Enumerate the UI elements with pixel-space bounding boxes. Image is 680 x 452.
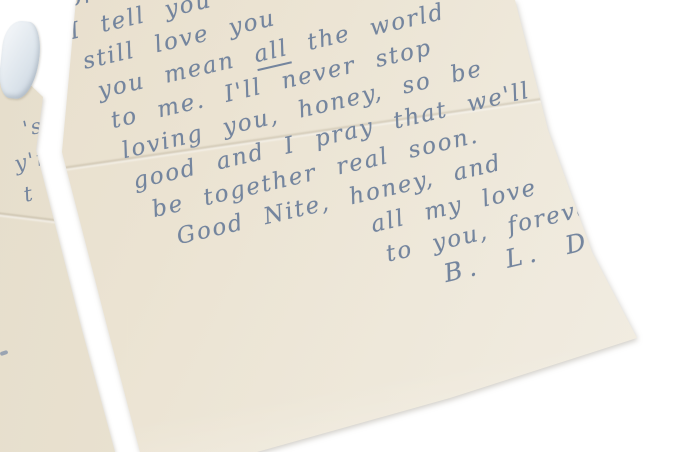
left-paper: 's" y're t bbox=[0, 0, 680, 452]
letter-text-block: for I tell you still love you you mean a… bbox=[40, 0, 680, 364]
underlined-word: all bbox=[252, 35, 292, 71]
letter-line-segment: you mean bbox=[95, 43, 257, 104]
letter-line: be together real soon. bbox=[149, 69, 680, 226]
letter-line: loving you, honey, so be bbox=[119, 6, 680, 167]
letter-line: still love you bbox=[80, 0, 666, 78]
letter-line-segment: the world bbox=[285, 0, 448, 60]
letter-paper-shadow-wrap: for I tell you still love you you mean a… bbox=[0, 0, 680, 452]
letter-closing-line: to you, forever bbox=[383, 162, 680, 270]
handwriting-fragment: t bbox=[20, 153, 140, 210]
letter-line: good and I pray that we'll bbox=[130, 38, 680, 198]
letter-line: I tell you bbox=[67, 0, 659, 48]
signature-initials: B. L. D. bbox=[441, 194, 680, 290]
handwriting-fragment: 's" bbox=[20, 91, 127, 145]
handwriting-fragment: y're bbox=[11, 122, 133, 180]
letter-line: Good Nite, honey, and bbox=[174, 100, 680, 253]
letter-paper: for I tell you still love you you mean a… bbox=[0, 0, 680, 452]
ink-mark bbox=[0, 350, 8, 356]
left-paper-fold-crease bbox=[0, 212, 135, 233]
letter-fold-crease bbox=[56, 94, 571, 172]
letter-closing-line: all my love bbox=[368, 131, 680, 241]
letter-line: to me. I'll never stop bbox=[108, 0, 680, 137]
left-paper-text-block: 's" y're t bbox=[2, 91, 141, 212]
letter-line: for bbox=[54, 0, 652, 18]
left-paper-shadow-wrap: 's" y're t bbox=[0, 0, 680, 452]
letter-line: you mean all the world bbox=[95, 0, 673, 107]
letter-photo-canvas: 's" y're t for I tell you still love you… bbox=[0, 0, 680, 452]
curled-paper-corner bbox=[0, 19, 43, 101]
